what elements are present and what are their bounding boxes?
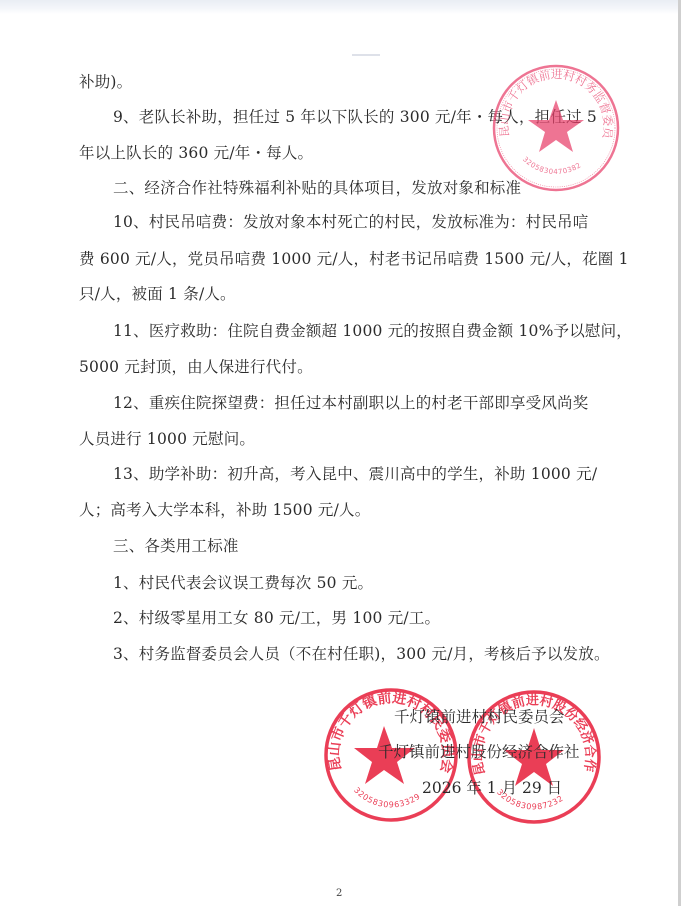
item-12-line2: 人员进行 1000 元慰问。: [79, 429, 255, 449]
labor-item-3: 3、村务监督委员会人员（不在村任职)，300 元/月，考核后予以发放。: [113, 644, 610, 664]
section-2-heading: 二、经济合作社特殊福利补贴的具体项目，发放对象和标准: [113, 178, 521, 198]
document-page: 补助)。 9、老队长补助，担任过 5 年以下队长的 300 元/年・每人，担任过…: [0, 0, 681, 906]
item-11-line2: 5000 元封顶，由人保进行代付。: [79, 357, 313, 377]
seal-supervision-committee: 昆山市千灯镇前进村村务监督委员会 3205830470382: [490, 62, 622, 194]
item-11-line1: 11、医疗救助：住院自费金额超 1000 元的按照自费金额 10%予以慰问，: [113, 321, 632, 341]
paragraph-continuation: 补助)。: [79, 72, 132, 92]
signature-date: 2026 年 1 月 29 日: [422, 778, 562, 798]
svg-text:3205830470382: 3205830470382: [521, 155, 583, 176]
signature-village-committee: 千灯镇前进村村民委员会: [394, 707, 565, 727]
item-13-line1: 13、助学补助：初升高，考入昆中、震川高中的学生，补助 1000 元/: [113, 464, 597, 484]
item-9-line1: 9、老队长补助，担任过 5 年以下队长的 300 元/年・每人，担任过 5: [113, 107, 597, 127]
item-10-line1: 10、村民吊唁费：发放对象本村死亡的村民，发放标准为：村民吊唁: [113, 212, 588, 232]
item-10-line3: 只/人，被面 1 条/人。: [79, 284, 236, 304]
section-3-heading: 三、各类用工标准: [113, 536, 239, 556]
item-9-line2: 年以上队长的 360 元/年・每人。: [79, 143, 313, 163]
signature-economic-cooperative: 千灯镇前进村股份经济合作社: [378, 742, 580, 762]
item-13-line2: 人；高考入大学本科，补助 1500 元/人。: [79, 500, 370, 520]
item-12-line1: 12、重疾住院探望费：担任过本村副职以上的村老干部即享受风尚奖: [113, 393, 588, 413]
page-number: 2: [336, 888, 342, 899]
svg-text:昆山市千灯镇前进村村务监督委员会: 昆山市千灯镇前进村村务监督委员会: [490, 62, 615, 141]
item-10-line2: 费 600 元/人，党员吊唁费 1000 元/人，村老书记吊唁费 1500 元/…: [79, 249, 629, 269]
svg-text:昆山市千灯镇前进村股份经济合作社: 昆山市千灯镇前进村股份经济合作社: [465, 688, 598, 777]
svg-text:3205830963329: 3205830963329: [352, 786, 422, 810]
labor-item-1: 1、村民代表会议误工费每次 50 元。: [113, 573, 373, 593]
labor-item-2: 2、村级零星用工女 80 元/工，男 100 元/工。: [113, 608, 440, 628]
